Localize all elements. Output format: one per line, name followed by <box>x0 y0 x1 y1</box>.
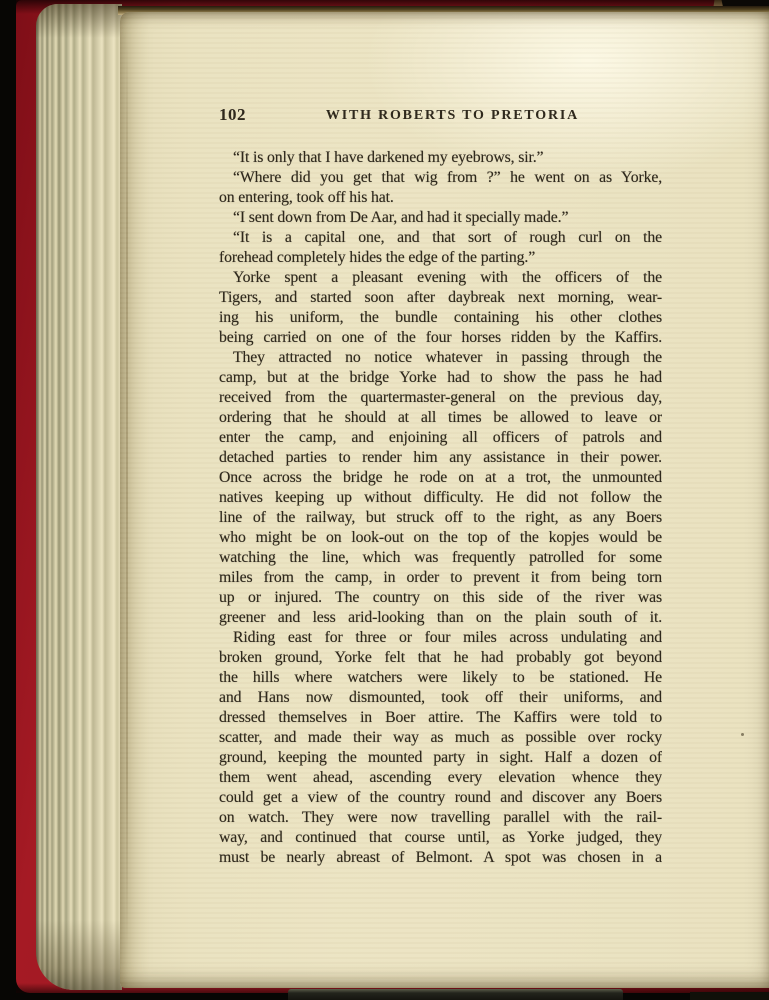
table-surface-right <box>690 992 769 1000</box>
text-line: up or injured. The country on this side … <box>219 588 662 608</box>
text-line: could get a view of the country round an… <box>219 788 662 808</box>
text-line: who might be on look-out on the top of t… <box>219 528 662 548</box>
text-line: “Where did you get that wig from ?” he w… <box>219 168 662 188</box>
text-line: ing his uniform, the bundle containing h… <box>219 308 662 328</box>
text-line: Once across the bridge he rode on at a t… <box>219 468 662 488</box>
text-line: camp, but at the bridge Yorke had to sho… <box>219 368 662 388</box>
paper-speck <box>741 733 744 736</box>
text-line: dressed themselves in Boer attire. The K… <box>219 708 662 728</box>
running-header: WITH ROBERTS TO PRETORIA <box>231 108 674 124</box>
text-line: They attracted no notice whatever in pas… <box>219 348 662 368</box>
text-line: Tigers, and started soon after daybreak … <box>219 288 662 308</box>
fore-edge-page-stack <box>36 4 122 990</box>
text-line: ordering that he should at all times be … <box>219 408 662 428</box>
text-line: on watch. They were now travelling paral… <box>219 808 662 828</box>
text-block: “It is only that I have darkened my eyeb… <box>219 148 662 868</box>
text-line: received from the quartermaster-general … <box>219 388 662 408</box>
text-line: Riding east for three or four miles acro… <box>219 628 662 648</box>
text-line: broken ground, Yorke felt that he had pr… <box>219 648 662 668</box>
table-surface <box>288 989 623 1000</box>
sheet-edge-line <box>126 42 128 948</box>
text-line: “It is only that I have darkened my eyeb… <box>219 148 662 168</box>
text-line: the hills where watchers were likely to … <box>219 668 662 688</box>
text-line: line of the railway, but struck off to t… <box>219 508 662 528</box>
text-line: detached parties to render him any assis… <box>219 448 662 468</box>
text-line: and Hans now dismounted, took off their … <box>219 688 662 708</box>
text-line: natives keeping up without difficulty. H… <box>219 488 662 508</box>
text-line: on entering, took off his hat. <box>219 188 662 208</box>
text-line: ground, keeping the mounted party in sig… <box>219 748 662 768</box>
text-line: scatter, and made their way as much as p… <box>219 728 662 748</box>
text-line: them went ahead, ascending every elevati… <box>219 768 662 788</box>
text-line: must be nearly abreast of Belmont. A spo… <box>219 848 662 868</box>
text-line: greener and less arid-looking than on th… <box>219 608 662 628</box>
text-line: way, and continued that course until, as… <box>219 828 662 848</box>
text-line: enter the camp, and enjoining all office… <box>219 428 662 448</box>
text-line: forehead completely hides the edge of th… <box>219 248 662 268</box>
text-line: “It is a capital one, and that sort of r… <box>219 228 662 248</box>
text-line: “I sent down from De Aar, and had it spe… <box>219 208 662 228</box>
text-line: watching the line, which was frequently … <box>219 548 662 568</box>
text-line: Yorke spent a pleasant evening with the … <box>219 268 662 288</box>
text-line: miles from the camp, in order to prevent… <box>219 568 662 588</box>
book-page: 102 WITH ROBERTS TO PRETORIA “It is only… <box>120 12 769 988</box>
text-line: being carried on one of the four horses … <box>219 328 662 348</box>
